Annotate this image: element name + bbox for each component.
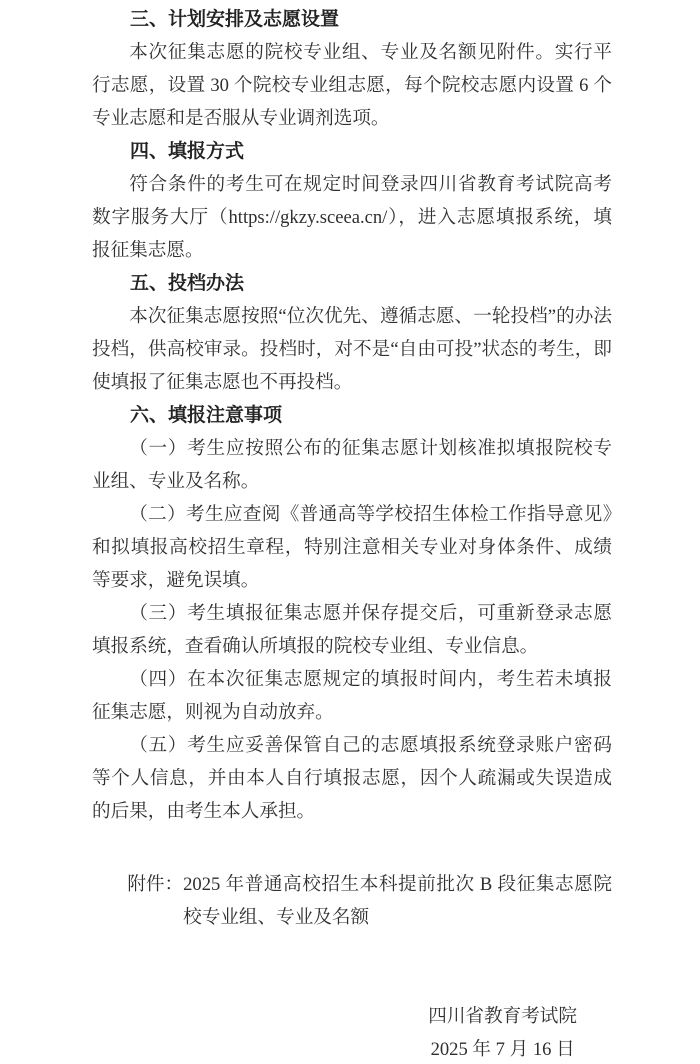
paragraph-plan-arrangement: 本次征集志愿的院校专业组、专业及名额见附件。实行平行志愿，设置 30 个院校专业… xyxy=(92,36,612,135)
note-item-2: （二）考生应查阅《普通高等学校招生体检工作指导意见》和拟填报高校招生章程，特别注… xyxy=(92,498,612,597)
note-item-5: （五）考生应妥善保管自己的志愿填报系统登录账户密码等个人信息，并由本人自行填报志… xyxy=(92,729,612,828)
attachment-line: 附件： 2025 年普通高校招生本科提前批次 B 段征集志愿院校专业组、专业及名… xyxy=(127,868,612,934)
paragraph-filling-method: 符合条件的考生可在规定时间登录四川省教育考试院高考数字服务大厅（https://… xyxy=(92,168,612,267)
signature-date: 2025 年 7 月 16 日 xyxy=(428,1033,577,1064)
attachment-text: 2025 年普通高校招生本科提前批次 B 段征集志愿院校专业组、专业及名额 xyxy=(183,868,612,934)
note-item-1: （一）考生应按照公布的征集志愿计划核准拟填报院校专业组、专业及名称。 xyxy=(92,432,612,498)
note-item-3: （三）考生填报征集志愿并保存提交后，可重新登录志愿填报系统，查看确认所填报的院校… xyxy=(92,597,612,663)
document-page: 三、计划安排及志愿设置 本次征集志愿的院校专业组、专业及名额见附件。实行平行志愿… xyxy=(0,0,700,1064)
heading-plan-arrangement: 三、计划安排及志愿设置 xyxy=(92,3,612,36)
attachment-label: 附件： xyxy=(127,868,183,934)
signature-block: 四川省教育考试院 2025 年 7 月 16 日 xyxy=(428,1000,577,1064)
paragraph-archiving-method: 本次征集志愿按照“位次优先、遵循志愿、一轮投档”的办法投档，供高校审录。投档时，… xyxy=(92,300,612,399)
note-item-4: （四）在本次征集志愿规定的填报时间内，考生若未填报征集志愿，则视为自动放弃。 xyxy=(92,663,612,729)
heading-filling-notes: 六、填报注意事项 xyxy=(92,399,612,432)
signature-issuer: 四川省教育考试院 xyxy=(428,1000,577,1033)
heading-archiving-method: 五、投档办法 xyxy=(92,267,612,300)
heading-filling-method: 四、填报方式 xyxy=(92,135,612,168)
